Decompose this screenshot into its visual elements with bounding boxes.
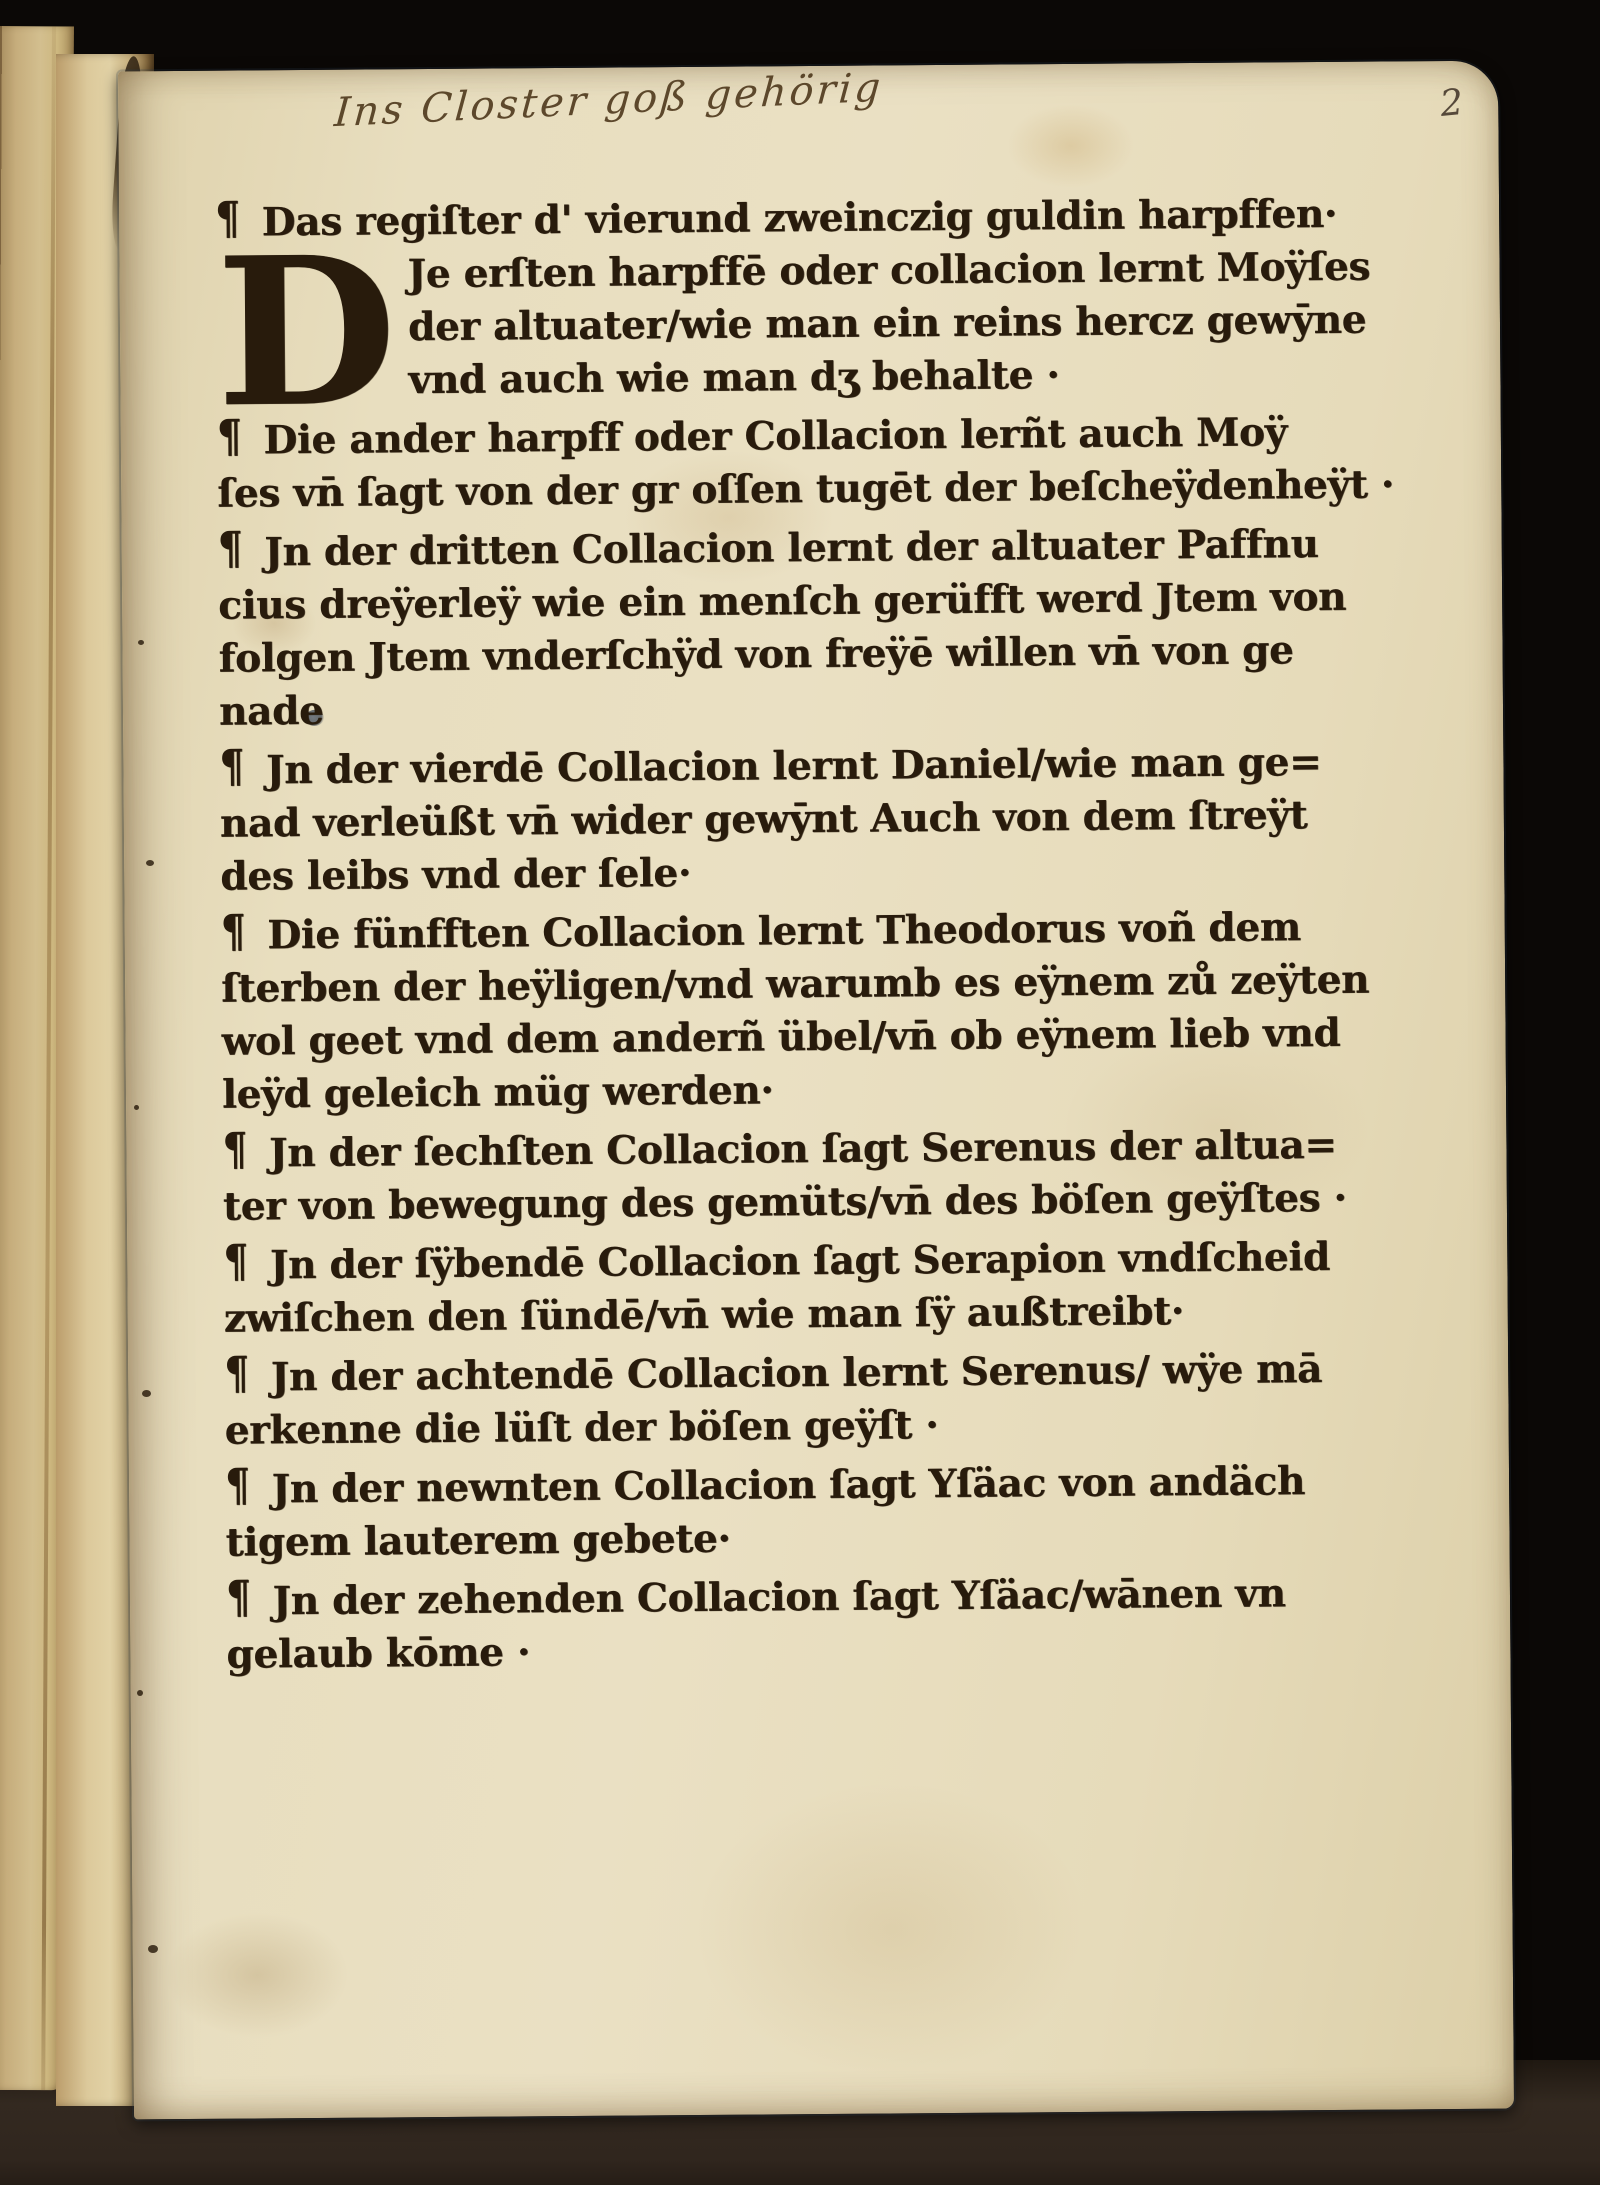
line-text: Jn der dritten Collacion lernt der altua… (264, 521, 1319, 575)
text-line: vnd auch wie man dʒ behalte · (408, 347, 1371, 408)
paragraph: ¶Jn der dritten Collacion lernt der altu… (218, 518, 1336, 739)
paragraph: ¶Jn der achtendē Collacion lernt Serenus… (224, 1343, 1341, 1458)
text-line: des leibs vnd der ſele· (220, 842, 1336, 904)
text-line: ſterben der heÿligen/vnd warumb es eÿnem… (221, 954, 1337, 1016)
line-text: Jn der vierdē Collacion lernt Daniel/wie… (266, 739, 1322, 793)
text-line: ter von bewegung des gemüts/vn̄ des böſe… (223, 1172, 1339, 1234)
pilcrow-mark: ¶ (226, 1568, 251, 1629)
line-text: Die ander harpff oder Collacion lerñt au… (263, 409, 1287, 463)
text-line: wol geet vnd dem anderñ übel/vn̄ ob eÿne… (221, 1007, 1337, 1069)
text-line: ¶Jn der achtendē Collacion lernt Serenus… (224, 1343, 1340, 1405)
text-line: tigem lauterem gebete· (225, 1508, 1341, 1570)
text-line: ¶Jn der newnten Collacion ſagt Yſäac von… (225, 1455, 1341, 1517)
paragraph: ¶Jn der vierdē Collacion lernt Daniel/wi… (219, 736, 1336, 904)
pilcrow-mark: ¶ (222, 1120, 247, 1181)
text-line: zwiſchen den ſündē/vn̄ wie man ſÿ außtre… (224, 1284, 1340, 1346)
paper-speck (142, 1390, 151, 1397)
text-line: ¶Jn der ſechſten Collacion ſagt Serenus … (222, 1119, 1338, 1181)
text-line: cius dreÿerleÿ wie ein menſch gerüfft we… (218, 571, 1334, 633)
leaf-crease (41, 26, 56, 2090)
pilcrow-mark: ¶ (221, 902, 246, 963)
paper-speck (148, 1945, 158, 1953)
line-text: Die fünfften Collacion lernt Theodorus v… (267, 904, 1301, 958)
line-text: Jn der zehenden Collacion ſagt Yſäac/wān… (272, 1570, 1285, 1624)
text-line: folgen Jtem vnderſchÿd von freÿē willen … (218, 624, 1334, 686)
text-line: ¶Die fünfften Collacion lernt Theodorus … (221, 901, 1337, 963)
text-line: erkenne die lüſt der böſen geÿſt · (224, 1396, 1340, 1458)
text-line: leÿd geleich müg werden· (222, 1060, 1338, 1122)
text-line: der altuater/wie man ein reins hercz gew… (408, 294, 1371, 355)
text-line: Je erſten harpffē oder collacion lernt M… (407, 241, 1370, 302)
printed-text-block: ¶Das regiſter d' vierund zweinczig guldi… (215, 188, 1343, 1688)
line-text: Jn der achtendē Collacion lernt Serenus/… (271, 1346, 1323, 1400)
handwritten-inscription: Ins Closter goß gehörig (332, 48, 977, 148)
paragraph: ¶Jn der zehenden Collacion ſagt Yſäac/wā… (226, 1567, 1343, 1682)
dropcap-row: D Je erſten harpffē oder collacion lernt… (215, 241, 1332, 409)
text-line: nad verleüßt vn̄ wider gewȳnt Auch von d… (220, 789, 1336, 851)
line-text: Jn der ſechſten Collacion ſagt Serenus d… (269, 1122, 1337, 1176)
text-line: ¶Jn der ſÿbendē Collacion ſagt Serapion … (223, 1231, 1339, 1293)
pilcrow-mark: ¶ (223, 1232, 248, 1293)
text-line: ¶Jn der dritten Collacion lernt der altu… (218, 518, 1334, 580)
paragraph: ¶Die fünfften Collacion lernt Theodorus … (221, 901, 1339, 1122)
text-line: gelaub kōme · (226, 1620, 1342, 1682)
drop-cap-initial: D (215, 250, 408, 407)
paper-speck (137, 1690, 143, 1696)
paragraph: ¶Jn der ſÿbendē Collacion ſagt Serapion … (223, 1231, 1340, 1346)
text-line: ¶Jn der vierdē Collacion lernt Daniel/wi… (219, 736, 1335, 798)
line-text: Jn der ſÿbendē Collacion ſagt Serapion v… (270, 1234, 1330, 1288)
paper-speck (138, 640, 144, 645)
paragraph: ¶Jn der ſechſten Collacion ſagt Serenus … (222, 1119, 1339, 1234)
text-line: nade (219, 677, 1335, 739)
paragraph: ¶Jn der newnten Collacion ſagt Yſäac von… (225, 1455, 1342, 1570)
pilcrow-mark: ¶ (217, 407, 242, 468)
page-number: 2 (1438, 82, 1465, 125)
pilcrow-mark: ¶ (219, 737, 244, 798)
book-page: Ins Closter goß gehörig 2 ¶Das regiſter … (118, 61, 1514, 2120)
line-text: Jn der newnten Collacion ſagt Yſäac von … (271, 1458, 1305, 1512)
text-line: ¶Jn der zehenden Collacion ſagt Yſäac/wā… (226, 1567, 1342, 1629)
pilcrow-mark: ¶ (224, 1344, 249, 1405)
paper-speck (146, 860, 154, 866)
dropcap-lines: Je erſten harpffē oder collacion lernt M… (407, 241, 1371, 408)
line-text: Das regiſter d' vierund zweinczig guldin… (262, 191, 1338, 245)
pilcrow-mark: ¶ (217, 519, 242, 580)
paragraph: ¶Das regiſter d' vierund zweinczig guldi… (215, 188, 1333, 409)
pilcrow-mark: ¶ (225, 1456, 250, 1517)
photo-canvas: Ins Closter goß gehörig 2 ¶Das regiſter … (0, 0, 1600, 2185)
text-line: ſes vn̄ ſagt von der gr oſſen tugēt der … (217, 459, 1333, 521)
paper-speck (134, 1105, 139, 1110)
